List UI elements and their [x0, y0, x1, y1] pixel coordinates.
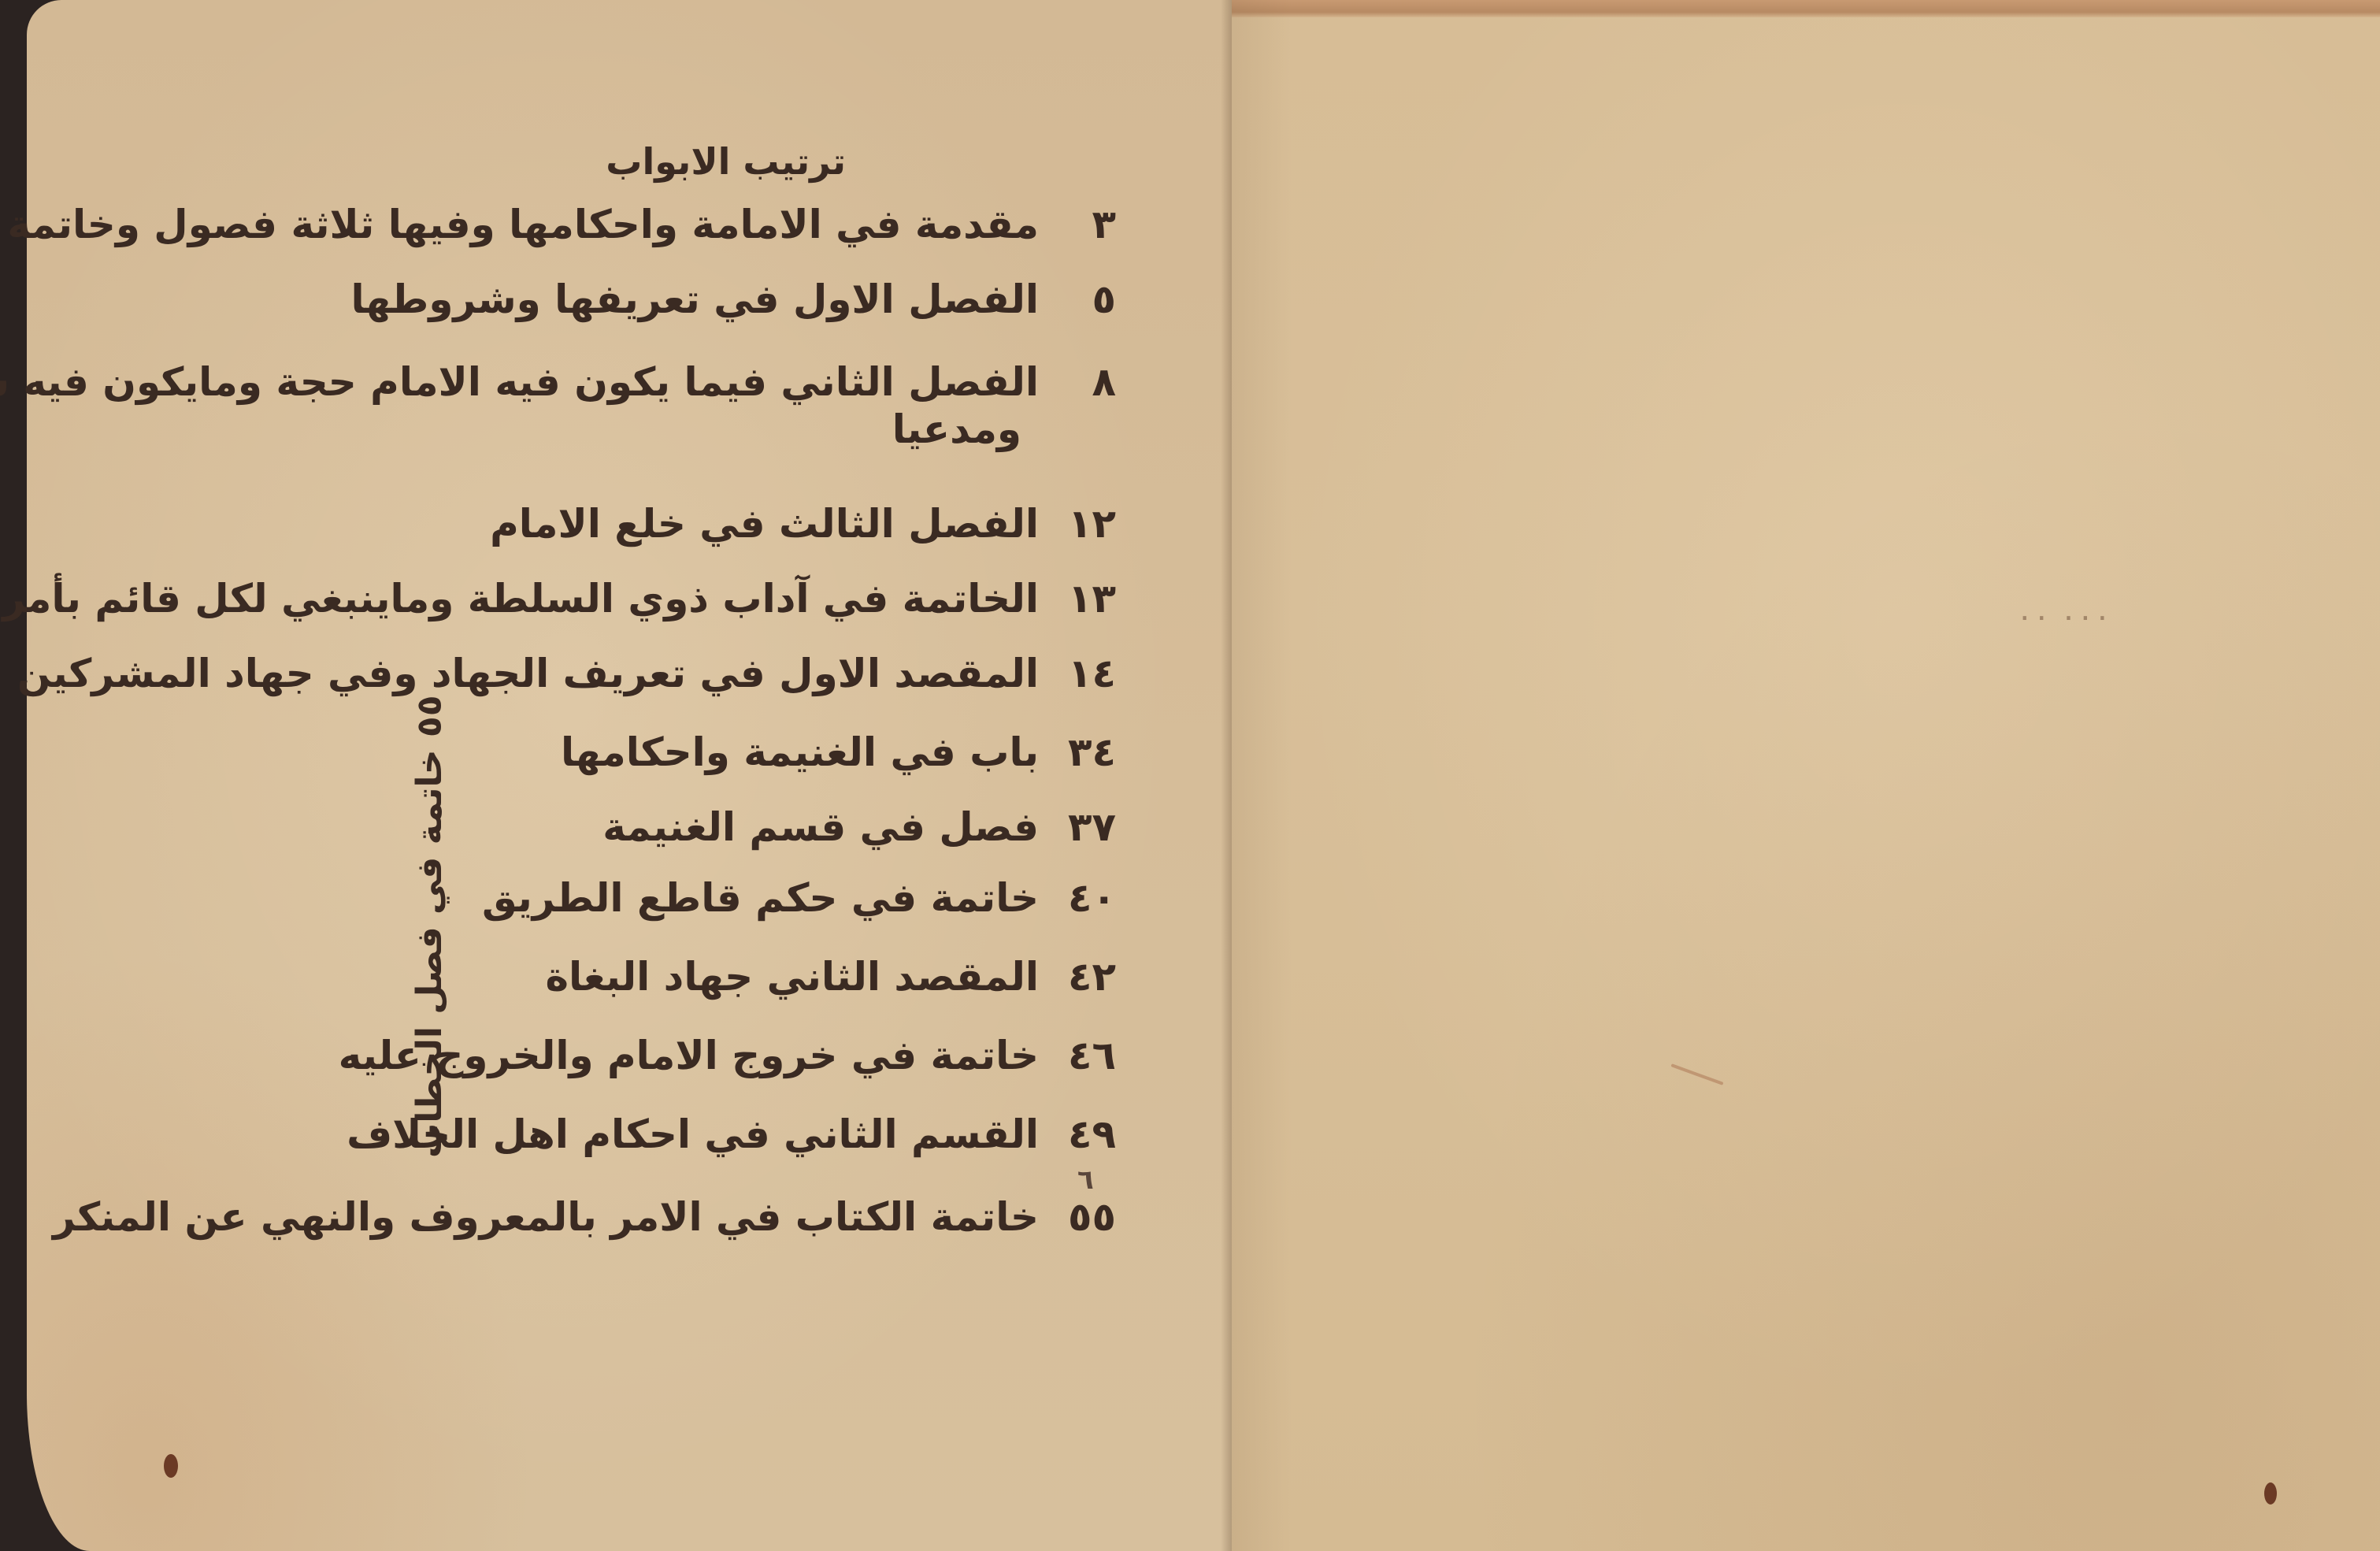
page-number: ٥ — [1061, 276, 1116, 323]
ink-spot — [2264, 1482, 2277, 1505]
page-number: ١٣ — [1061, 575, 1116, 622]
toc-entry: ٤٠خاتمة في حكم قاطع الطريق — [482, 874, 1116, 922]
entry-text: خاتمة الكتاب في الامر بالمعروف والنهي عن… — [53, 1194, 1039, 1240]
page-number: ١٢ — [1061, 500, 1116, 547]
toc-entry: ٤٢المقصد الثاني جهاد البغاة — [545, 953, 1116, 1000]
page-correction-mark: ٦ — [1077, 1164, 1094, 1196]
entry-text: القسم الثاني في احكام اهل الخلاف — [347, 1111, 1039, 1157]
page-number: ٥٥ — [1061, 1193, 1116, 1241]
toc-entry: ١٢الفصل الثالث في خلع الامام — [490, 500, 1116, 547]
page-number: ٣٧ — [1061, 803, 1116, 851]
entry-text: خاتمة في حكم قاطع الطريق — [482, 875, 1039, 921]
toc-entry: ٤٦خاتمة في خروج الامام والخروج عليه — [339, 1032, 1116, 1079]
entry-text: الفصل الاول في تعريفها وشروطها — [350, 276, 1039, 322]
page-number: ١٤ — [1061, 650, 1116, 697]
entry-text: المقصد الثاني جهاد البغاة — [545, 954, 1039, 1000]
page-number: ٤٢ — [1061, 953, 1116, 1000]
ink-bleed-through: ٠٠٠ ٠٠ — [2016, 599, 2111, 635]
page-top-edge — [1181, 0, 2380, 17]
page-number: ٨ — [1061, 358, 1116, 406]
entry-continuation: ومدعيا — [0, 406, 1116, 453]
toc-entry: ٨الفصل الثاني فيما يكون فيه الامام حجة و… — [0, 358, 1116, 453]
toc-entry: ٥٥خاتمة الكتاب في الامر بالمعروف والنهي … — [53, 1193, 1116, 1241]
entry-text: باب في الغنيمة واحكامها — [561, 729, 1039, 775]
page-edge — [1221, 0, 1232, 1551]
page-number: ٣ — [1061, 201, 1116, 248]
toc-entry: ١٣الخاتمة في آداب ذوي السلطة وماينبغي لك… — [2, 575, 1116, 622]
toc-entry: ٤٩القسم الثاني في احكام اهل الخلاف — [347, 1111, 1116, 1158]
entry-text: الفصل الثالث في خلع الامام — [490, 501, 1039, 547]
entry-text: المقصد الاول في تعريف الجهاد وفي جهاد ال… — [17, 651, 1039, 696]
entry-text: فصل في قسم الغنيمة — [602, 804, 1039, 850]
page-number: ٤٩ — [1061, 1111, 1116, 1158]
page-number: ٤٠ — [1061, 874, 1116, 922]
stain-mark — [1670, 1063, 1723, 1085]
margin-note: ٥٥ خاتمة في فصل الخطاب — [410, 695, 450, 1158]
toc-entry: ٥الفصل الاول في تعريفها وشروطها — [350, 276, 1116, 323]
ink-spot — [164, 1454, 178, 1478]
entry-text: مقدمة في الامامة واحكامها وفيها ثلاثة فص… — [7, 202, 1039, 247]
manuscript-spread: ٠٠٠ ٠٠ ترتيب الابواب ٣مقدمة في الامامة و… — [0, 0, 2380, 1551]
entry-text: الخاتمة في آداب ذوي السلطة وماينبغي لكل … — [2, 576, 1039, 622]
toc-entry: ٣مقدمة في الامامة واحكامها وفيها ثلاثة ف… — [7, 201, 1116, 248]
toc-entry: ٣٤باب في الغنيمة واحكامها — [561, 729, 1116, 776]
toc-title: ترتيب الابواب — [606, 140, 846, 183]
toc-entry: ١٤المقصد الاول في تعريف الجهاد وفي جهاد … — [17, 650, 1116, 697]
page-number: ٤٦ — [1061, 1032, 1116, 1079]
toc-entry: ٣٧فصل في قسم الغنيمة — [602, 803, 1116, 851]
entry-text: الفصل الثاني فيما يكون فيه الامام حجة وم… — [0, 359, 1039, 405]
page-number: ٣٤ — [1061, 729, 1116, 776]
right-page: ٠٠٠ ٠٠ — [1181, 0, 2380, 1551]
